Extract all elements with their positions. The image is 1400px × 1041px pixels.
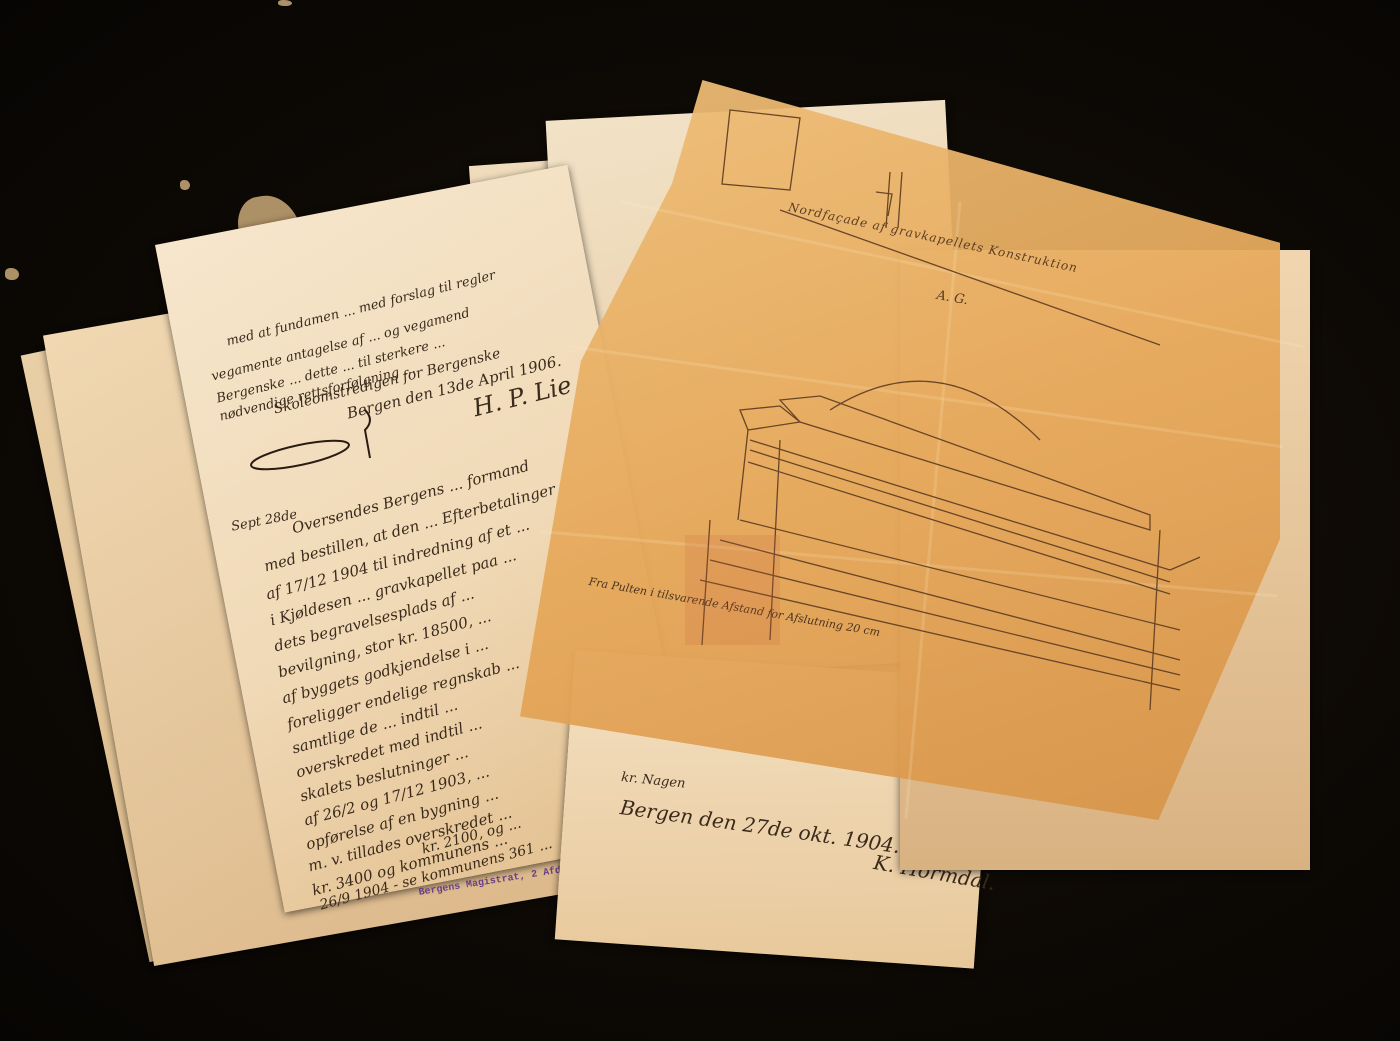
table-wear-chip (278, 0, 292, 6)
cornice-sketch-icon (680, 100, 1200, 740)
table-wear-chip (5, 268, 19, 280)
photo-scene: med at fundamen ... med forslag til regl… (0, 0, 1400, 1041)
flourish-signature-icon (245, 400, 395, 480)
table-wear-chip (180, 180, 190, 190)
